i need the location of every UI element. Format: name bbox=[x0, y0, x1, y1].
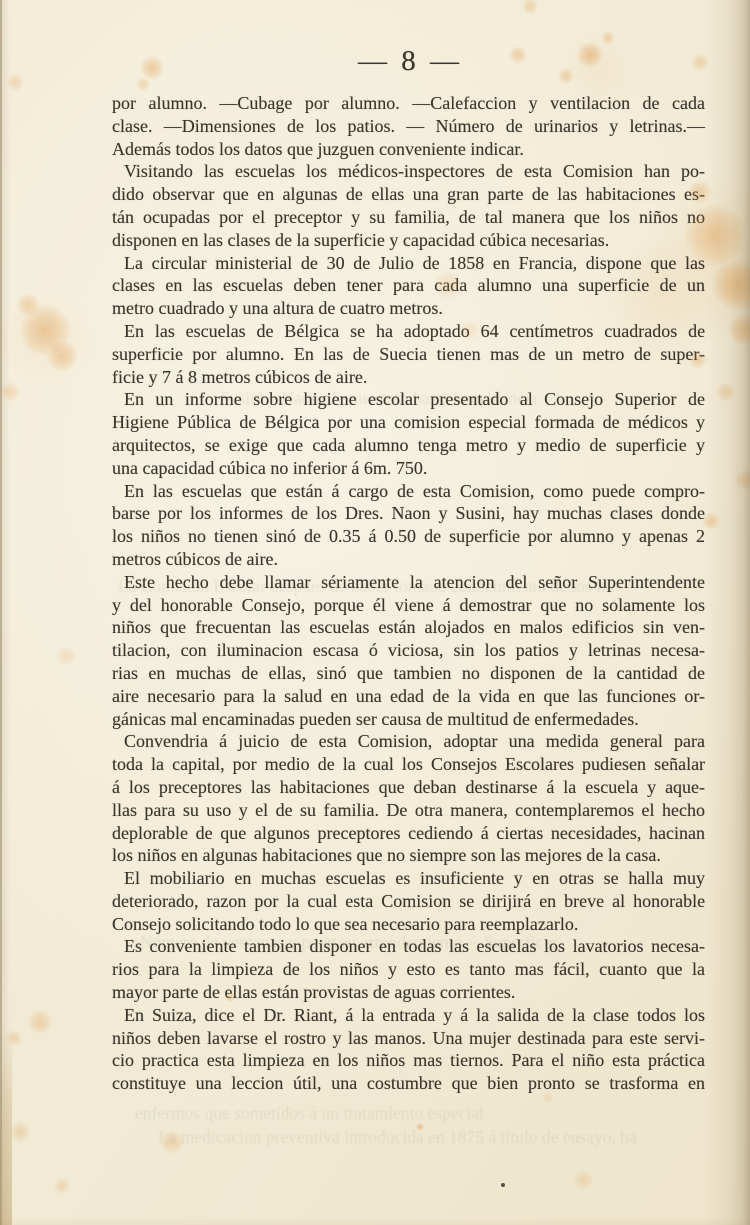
foxing-spot bbox=[734, 469, 750, 491]
text-line: deplorable de que algunos preceptores ce… bbox=[112, 822, 705, 845]
text-line: disponen en las clases de la superficie … bbox=[112, 229, 705, 252]
text-line: rias en muchas de ellas, sinó que tambie… bbox=[112, 662, 705, 685]
page-edge-shade-right bbox=[706, 0, 750, 1225]
page-number: — 8 — bbox=[112, 44, 705, 78]
text-line: por alumno. —Cubage por alumno. —Calefac… bbox=[112, 92, 705, 115]
text-line: una capacidad cúbica no inferior á 6m. 7… bbox=[112, 457, 705, 480]
text-line: gánicas mal encaminadas pueden ser causa… bbox=[112, 708, 705, 731]
page-corner-bottom-left bbox=[0, 1025, 12, 1225]
text-line: La circular ministerial de 30 de Julio d… bbox=[112, 252, 705, 275]
text-line: Consejo solicitando todo lo que sea nece… bbox=[112, 913, 705, 936]
foxing-spot bbox=[54, 1178, 70, 1194]
book-page: Susini y Naon, demuestran hasta la evide… bbox=[0, 0, 750, 1225]
ghost-text-line: enfermos que sometidos á un tratamiento … bbox=[135, 1103, 484, 1124]
text-line: arquitectos, se exige que cada alumno te… bbox=[112, 434, 705, 457]
foxing-spot bbox=[416, 1123, 424, 1131]
foxing-spot bbox=[716, 382, 736, 402]
text-line: En las escuelas de Bélgica se ha adoptad… bbox=[112, 320, 705, 343]
text-line: dido observar que en algunas de ellas un… bbox=[112, 183, 705, 206]
text-line: niños deben lavarse el rostro y las mano… bbox=[112, 1027, 705, 1050]
foxing-spot bbox=[56, 646, 76, 666]
text-line: metro cuadrado y una altura de cuatro me… bbox=[112, 297, 705, 320]
ink-speck bbox=[501, 1183, 505, 1187]
text-line: los niños no tienen sinó de 0.35 á 0.50 … bbox=[112, 525, 705, 548]
text-line: En un informe sobre higiene escolar pres… bbox=[112, 388, 705, 411]
text-line: superficie por alumno. En las de Suecia … bbox=[112, 343, 705, 366]
text-line: llas para su uso y el de su familia. De … bbox=[112, 799, 705, 822]
foxing-spot bbox=[522, 0, 538, 14]
text-line: El mobiliario en muchas escuelas es insu… bbox=[112, 867, 705, 890]
text-line: Es conveniente tambien disponer en todas… bbox=[112, 935, 705, 958]
page-edge-shade-bottom bbox=[0, 1217, 750, 1225]
foxing-spot bbox=[160, 1130, 184, 1154]
text-line: Este hecho debe llamar sériamente la ate… bbox=[112, 571, 705, 594]
foxing-spot bbox=[0, 382, 20, 402]
foxing-spot bbox=[712, 259, 750, 311]
text-line: mayor parte de ellas están provistas de … bbox=[112, 981, 705, 1004]
text-line: ficie y 7 á 8 metros cúbicos de aire. bbox=[112, 366, 705, 389]
text-line: á los preceptores las habitaciones que d… bbox=[112, 776, 705, 799]
foxing-spot bbox=[28, 1010, 52, 1034]
text-line: Higiene Pública de Bélgica por una comis… bbox=[112, 411, 705, 434]
text-line: tilacion, con iluminacion escasa ó vicio… bbox=[112, 639, 705, 662]
text-line: aire necesario para la salud en una edad… bbox=[112, 685, 705, 708]
page-edge-line-left bbox=[0, 0, 2, 1225]
text-line: toda la capital, por medio de la cual lo… bbox=[112, 753, 705, 776]
text-line: Convendria á juicio de esta Comision, ad… bbox=[112, 730, 705, 753]
text-line: constituye una leccion útil, una costumb… bbox=[112, 1072, 705, 1095]
text-line: los niños en algunas habitaciones que no… bbox=[112, 844, 705, 867]
page-edge-shade-left bbox=[0, 0, 10, 1225]
ghost-text-line: La medicacion preventiva introducida en … bbox=[158, 1127, 637, 1148]
foxing-spot bbox=[16, 293, 40, 317]
text-line: En las escuelas que están á cargo de est… bbox=[112, 480, 705, 503]
text-line: barse por los informes de los Dres. Naon… bbox=[112, 502, 705, 525]
text-line: clase. —Dimensiones de los patios. — Núm… bbox=[112, 115, 705, 138]
foxing-spot bbox=[10, 1122, 30, 1142]
text-line: deteriorado, razon por la cual esta Comi… bbox=[112, 890, 705, 913]
text-line: y del honorable Consejo, porque él viene… bbox=[112, 594, 705, 617]
foxing-spot bbox=[46, 340, 78, 372]
text-line: metros cúbicos de aire. bbox=[112, 548, 705, 571]
text-line: rios para la limpieza de los niños y est… bbox=[112, 958, 705, 981]
text-line: Visitando las escuelas los médicos-inspe… bbox=[112, 160, 705, 183]
page-text: por alumno. —Cubage por alumno. —Calefac… bbox=[112, 92, 705, 1095]
text-line: niños que frecuentan las escuelas están … bbox=[112, 616, 705, 639]
foxing-spot bbox=[601, 31, 615, 45]
text-line: Además todos los datos que juzguen conve… bbox=[112, 138, 705, 161]
text-line: clases en las escuelas deben tener para … bbox=[112, 274, 705, 297]
foxing-spot bbox=[6, 1030, 22, 1046]
foxing-spot bbox=[573, 1170, 593, 1190]
text-line: tán ocupadas por el preceptor y su famil… bbox=[112, 206, 705, 229]
foxing-spot bbox=[19, 304, 71, 356]
text-line: En Suiza, dice el Dr. Riant, á la entrad… bbox=[112, 1004, 705, 1027]
foxing-spot bbox=[6, 73, 24, 91]
text-line: cio practica esta limpieza en los niños … bbox=[112, 1049, 705, 1072]
foxing-spot bbox=[136, 77, 150, 91]
foxing-spot bbox=[728, 314, 750, 346]
